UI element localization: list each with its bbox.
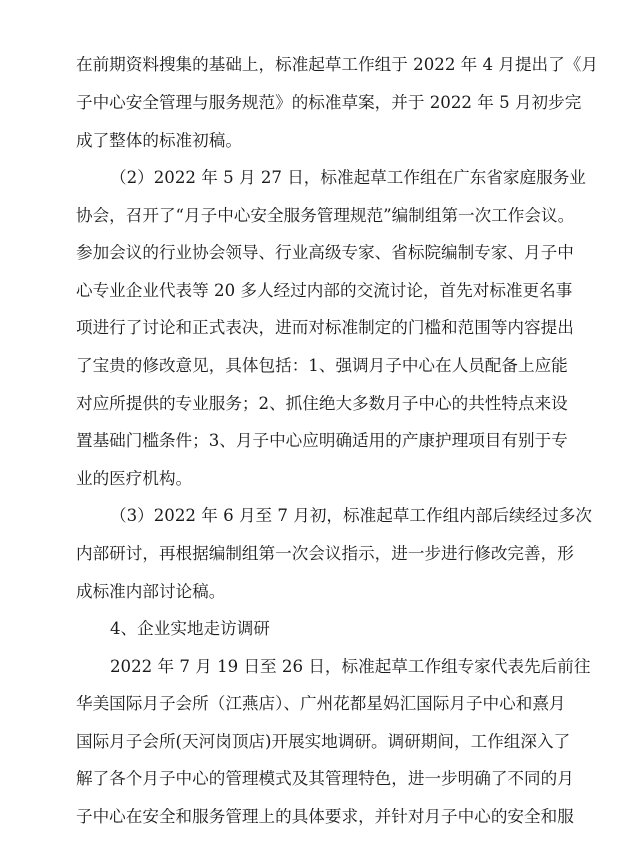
text-line: 对应所提供的专业服务；2、抓住绝大多数月子中心的共性特点来设 [76, 392, 554, 416]
text-line: 置基础门槛条件；3、月子中心应明确适用的产康护理项目有别于专 [76, 429, 554, 453]
text-line: 协会，召开了“月子中心安全服务管理规范”编制组第一次工作会议。 [76, 204, 554, 228]
text-line: 内部研讨，再根据编制组第一次会议指示，进一步进行修改完善，形 [76, 542, 554, 566]
section-heading: 4、企业实地走访调研 [110, 617, 554, 641]
text-line: 心专业企业代表等 20 多人经过内部的交流讨论，首先对标准更名事 [76, 279, 554, 303]
text-line: 项进行了讨论和正式表决，进而对标准制定的门槛和范围等内容提出 [76, 316, 554, 340]
text-line: 2022 年 7 月 19 日至 26 日，标准起草工作组专家代表先后前往 [110, 655, 554, 679]
document-page: 在前期资料搜集的基础上，标准起草工作组于 2022 年 4 月提出了《月 子中心… [0, 0, 630, 860]
text-line: 了宝贵的修改意见，具体包括：1、强调月子中心在人员配备上应能 [76, 354, 554, 378]
text-line: 成了整体的标准初稿。 [76, 129, 554, 153]
text-line: 解了各个月子中心的管理模式及其管理特色，进一步明确了不同的月 [76, 767, 554, 791]
text-line: （3）2022 年 6 月至 7 月初，标准起草工作组内部后续经过多次 [110, 504, 554, 528]
text-line: 业的医疗机构。 [76, 467, 554, 491]
text-line: 成标准内部讨论稿。 [76, 580, 554, 604]
text-line: 参加会议的行业协会领导、行业高级专家、省标院编制专家、月子中 [76, 241, 554, 265]
text-line: 子中心安全管理与服务规范》的标准草案，并于 2022 年 5 月初步完 [76, 91, 554, 115]
text-line: （2）2022 年 5 月 27 日，标准起草工作组在广东省家庭服务业 [110, 166, 554, 190]
text-line: 华美国际月子会所（江燕店）、广州花都星妈汇国际月子中心和熹月 [76, 692, 554, 716]
text-line: 在前期资料搜集的基础上，标准起草工作组于 2022 年 4 月提出了《月 [76, 53, 554, 77]
text-line: 国际月子会所(天河岗顶店)开展实地调研。调研期间，工作组深入了 [76, 730, 554, 754]
text-line: 子中心在安全和服务管理上的具体要求，并针对月子中心的安全和服 [76, 805, 554, 829]
